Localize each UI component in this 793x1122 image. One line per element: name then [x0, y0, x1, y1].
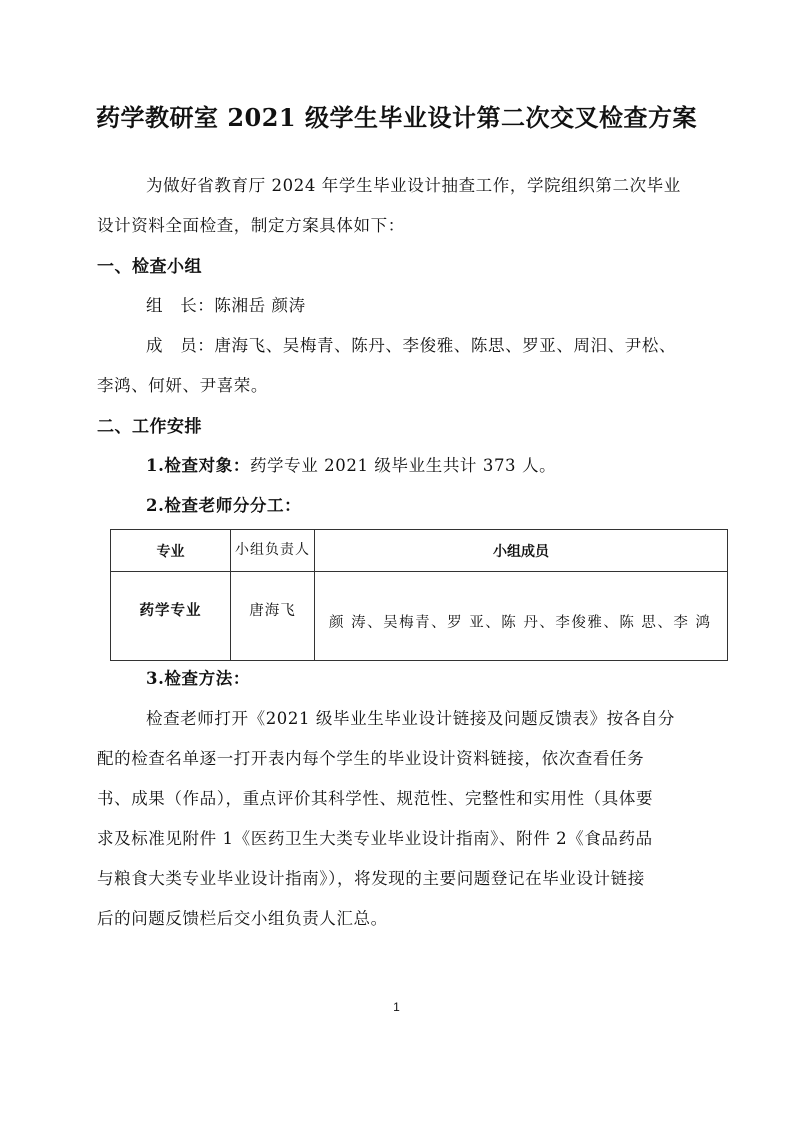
item-2-label: 2.检查老师分分工：: [146, 496, 301, 515]
cell-lead: 唐海飞: [231, 572, 315, 661]
assignment-table: 专业 小组负责人 小组成员 药学专业 唐海飞 颜 涛、吴梅青、罗 亚、陈 丹、李…: [110, 529, 728, 661]
table-row: 药学专业 唐海飞 颜 涛、吴梅青、罗 亚、陈 丹、李俊雅、陈 思、李 鸿: [111, 572, 728, 661]
section-2-heading: 二、工作安排: [97, 412, 202, 437]
item-3: 3.检查方法：: [146, 665, 250, 689]
intro-line-2: 设计资料全面检查，制定方案具体如下：: [97, 212, 405, 236]
document-page: 药学教研室 2021 级学生毕业设计第二次交叉检查方案 为做好省教育厅 2024…: [0, 0, 793, 1122]
method-line-5: 与粮食大类专业毕业设计指南》），将发现的主要问题登记在毕业设计链接: [97, 865, 645, 889]
page-number: 1: [0, 1000, 793, 1014]
header-members: 小组成员: [315, 530, 728, 572]
group-members-line-1: 成 员：唐海飞、吴梅青、陈丹、李俊雅、陈思、罗亚、周汨、尹松、: [146, 332, 676, 356]
method-line-1: 检查老师打开《2021 级毕业生毕业设计链接及问题反馈表》按各自分: [146, 705, 675, 729]
method-line-2: 配的检查名单逐一打开表内每个学生的毕业设计资料链接，依次查看任务: [97, 745, 644, 769]
intro-line-1: 为做好省教育厅 2024 年学生毕业设计抽查工作，学院组织第二次毕业: [146, 172, 681, 196]
header-lead: 小组负责人: [231, 530, 315, 572]
item-1: 1.检查对象：药学专业 2021 级毕业生共计 373 人。: [146, 452, 556, 476]
document-title: 药学教研室 2021 级学生毕业设计第二次交叉检查方案: [0, 98, 793, 133]
item-1-label: 1.检查对象：: [146, 456, 250, 475]
method-line-6: 后的问题反馈栏后交小组负责人汇总。: [97, 905, 388, 929]
method-line-4: 求及标准见附件 1《医药卫生大类专业毕业设计指南》、附件 2《食品药品: [97, 825, 653, 849]
section-1-heading: 一、检查小组: [97, 252, 202, 277]
cell-major: 药学专业: [111, 572, 231, 661]
cell-members: 颜 涛、吴梅青、罗 亚、陈 丹、李俊雅、陈 思、李 鸿: [315, 572, 728, 661]
header-major: 专业: [111, 530, 231, 572]
item-3-label: 3.检查方法：: [146, 669, 250, 688]
method-line-3: 书、成果（作品），重点评价其科学性、规范性、完整性和实用性（具体要: [97, 785, 653, 809]
item-1-text: 药学专业 2021 级毕业生共计 373 人。: [250, 456, 556, 475]
group-leader-line: 组 长：陈湘岳 颜涛: [146, 292, 306, 316]
group-members-line-2: 李鸿、何妍、尹喜荣。: [97, 372, 268, 396]
item-2: 2.检查老师分分工：: [146, 492, 301, 516]
table-header-row: 专业 小组负责人 小组成员: [111, 530, 728, 572]
